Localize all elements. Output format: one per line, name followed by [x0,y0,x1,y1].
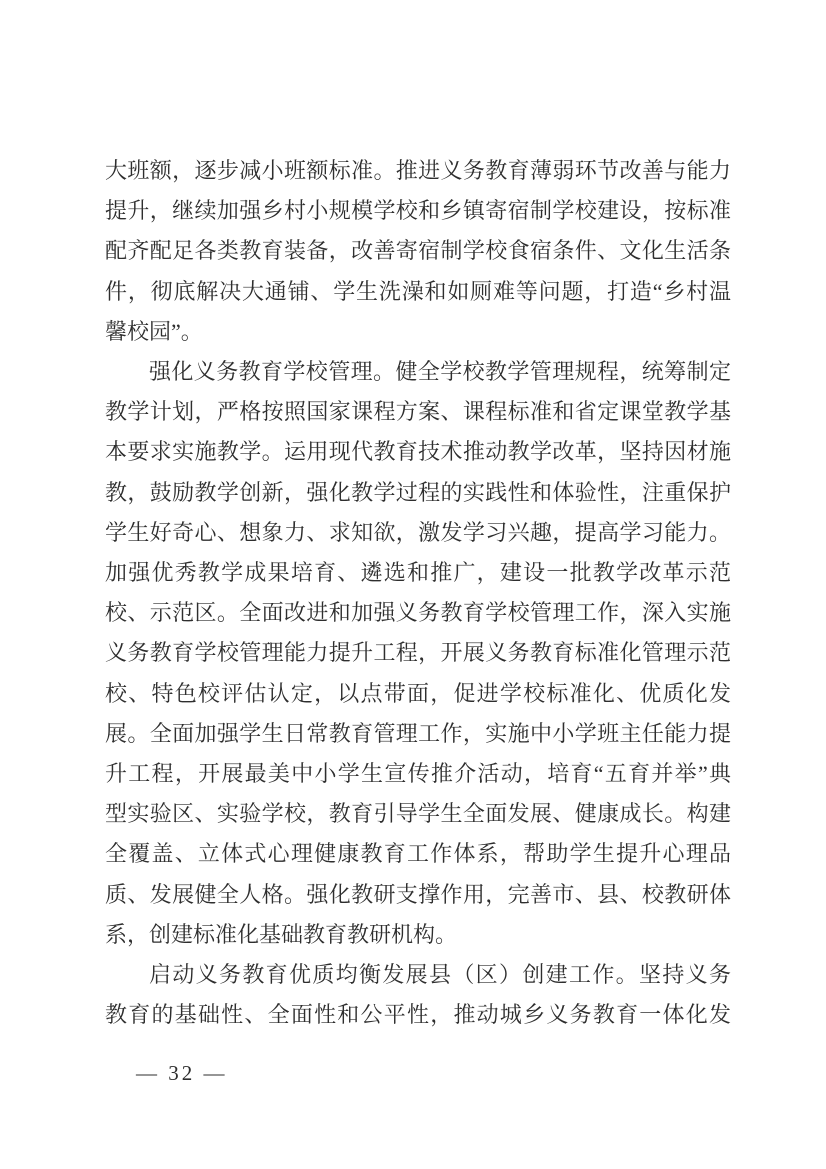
text-line: 教，鼓励教学创新，强化教学过程的实践性和体验性，注重保护 [105,473,731,513]
text-line: 校、示范区。全面改进和加强义务教育学校管理工作，深入实施 [105,593,731,633]
text-line: 馨校园”。 [105,312,731,352]
text-line: 质、发展健全人格。强化教研支撑作用，完善市、县、校教研体 [105,875,731,915]
text-line: 教学计划，严格按照国家课程方案、课程标准和省定课堂教学基 [105,392,731,432]
page-number: — 32 — [136,1059,228,1087]
document-body: 大班额，逐步减小班额标准。推进义务教育薄弱环节改善与能力 提升，继续加强乡村小规… [105,151,731,1035]
text-line: 加强优秀教学成果培育、遴选和推广，建设一批教学改革示范 [105,553,731,593]
text-line: 系，创建标准化基础教育教研机构。 [105,915,731,955]
text-line: 义务教育学校管理能力提升工程，开展义务教育标准化管理示范 [105,633,731,673]
text-line: 教育的基础性、全面性和公平性，推动城乡义务教育一体化发 [105,995,731,1035]
text-line: 强化义务教育学校管理。健全学校教学管理规程，统筹制定 [105,352,731,392]
paragraph: 启动义务教育优质均衡发展县（区）创建工作。坚持义务 教育的基础性、全面性和公平性… [105,955,731,1035]
paragraph: 强化义务教育学校管理。健全学校教学管理规程，统筹制定 教学计划，严格按照国家课程… [105,352,731,955]
text-line: 全覆盖、立体式心理健康教育工作体系，帮助学生提升心理品 [105,834,731,874]
text-line: 型实验区、实验学校，教育引导学生全面发展、健康成长。构建 [105,794,731,834]
text-line: 提升，继续加强乡村小规模学校和乡镇寄宿制学校建设，按标准 [105,191,731,231]
text-line: 本要求实施教学。运用现代教育技术推动教学改革，坚持因材施 [105,432,731,472]
text-line: 配齐配足各类教育装备，改善寄宿制学校食宿条件、文化生活条 [105,231,731,271]
document-page: 大班额，逐步减小班额标准。推进义务教育薄弱环节改善与能力 提升，继续加强乡村小规… [0,0,826,1169]
text-line: 件，彻底解决大通铺、学生洗澡和如厕难等问题，打造“乡村温 [105,272,731,312]
text-line: 校、特色校评估认定，以点带面，促进学校标准化、优质化发 [105,674,731,714]
text-line: 升工程，开展最美中小学生宣传推介活动，培育“五育并举”典 [105,754,731,794]
text-line: 展。全面加强学生日常教育管理工作，实施中小学班主任能力提 [105,714,731,754]
text-line: 启动义务教育优质均衡发展县（区）创建工作。坚持义务 [105,955,731,995]
paragraph: 大班额，逐步减小班额标准。推进义务教育薄弱环节改善与能力 提升，继续加强乡村小规… [105,151,731,352]
text-line: 学生好奇心、想象力、求知欲，激发学习兴趣，提高学习能力。 [105,513,731,553]
text-line: 大班额，逐步减小班额标准。推进义务教育薄弱环节改善与能力 [105,151,731,191]
